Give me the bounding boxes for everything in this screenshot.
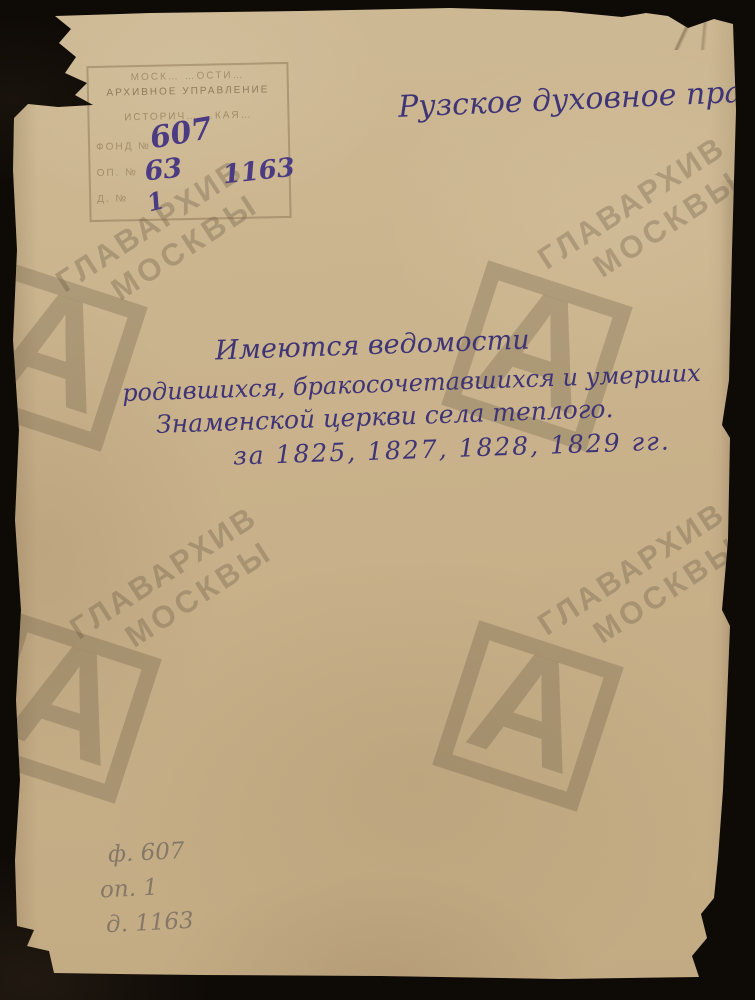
watermark-logo: А: [0, 612, 162, 804]
glavarkhiv-logo-letter: А: [0, 612, 144, 790]
title-line-2: родившихся, бракосочетавшихся и умерших: [122, 359, 701, 407]
stamp-opis-value: 63: [143, 153, 184, 188]
pencil-note-delo: д. 1163: [105, 908, 194, 939]
stamp-opis-label: ОП. №: [97, 167, 138, 179]
pencil-note-opis: оп. 1: [99, 875, 158, 904]
glavarkhiv-logo-letter: А: [455, 620, 606, 798]
watermark-logo: А: [432, 620, 624, 812]
pencil-note-fond: ф. 607: [107, 838, 185, 868]
paper-curl-shadow: [715, 180, 741, 740]
stamp-org-line-1: МОСК… …ОСТИ…: [89, 69, 287, 84]
glavarkhiv-logo-letter: А: [0, 260, 130, 438]
paper-crease: [636, 8, 740, 50]
stamp-item-value: 1: [144, 185, 168, 217]
watermark-logo: А: [0, 260, 148, 452]
archive-stamp: МОСК… …ОСТИ… АРХИВНОЕ УПРАВЛЕНИЕ ИСТОРИЧ…: [86, 62, 291, 222]
archival-cover-page: ГЛАВАРХИВ МОСКВЫ А ГЛАВАРХИВ МОСКВЫ А ГЛ…: [0, 0, 755, 1000]
stamp-fond-label: ФОНД №: [96, 141, 151, 153]
stamp-delo-number-value: 1163: [221, 153, 296, 191]
stamp-org-line-2: АРХИВНОЕ УПРАВЛЕНИЕ: [89, 84, 287, 99]
heading-ruza-spiritual-board: Рузское духовное правление: [397, 70, 755, 125]
stamp-delo-label: Д. №: [97, 193, 128, 205]
scan-background: ГЛАВАРХИВ МОСКВЫ А ГЛАВАРХИВ МОСКВЫ А ГЛ…: [0, 0, 755, 1000]
